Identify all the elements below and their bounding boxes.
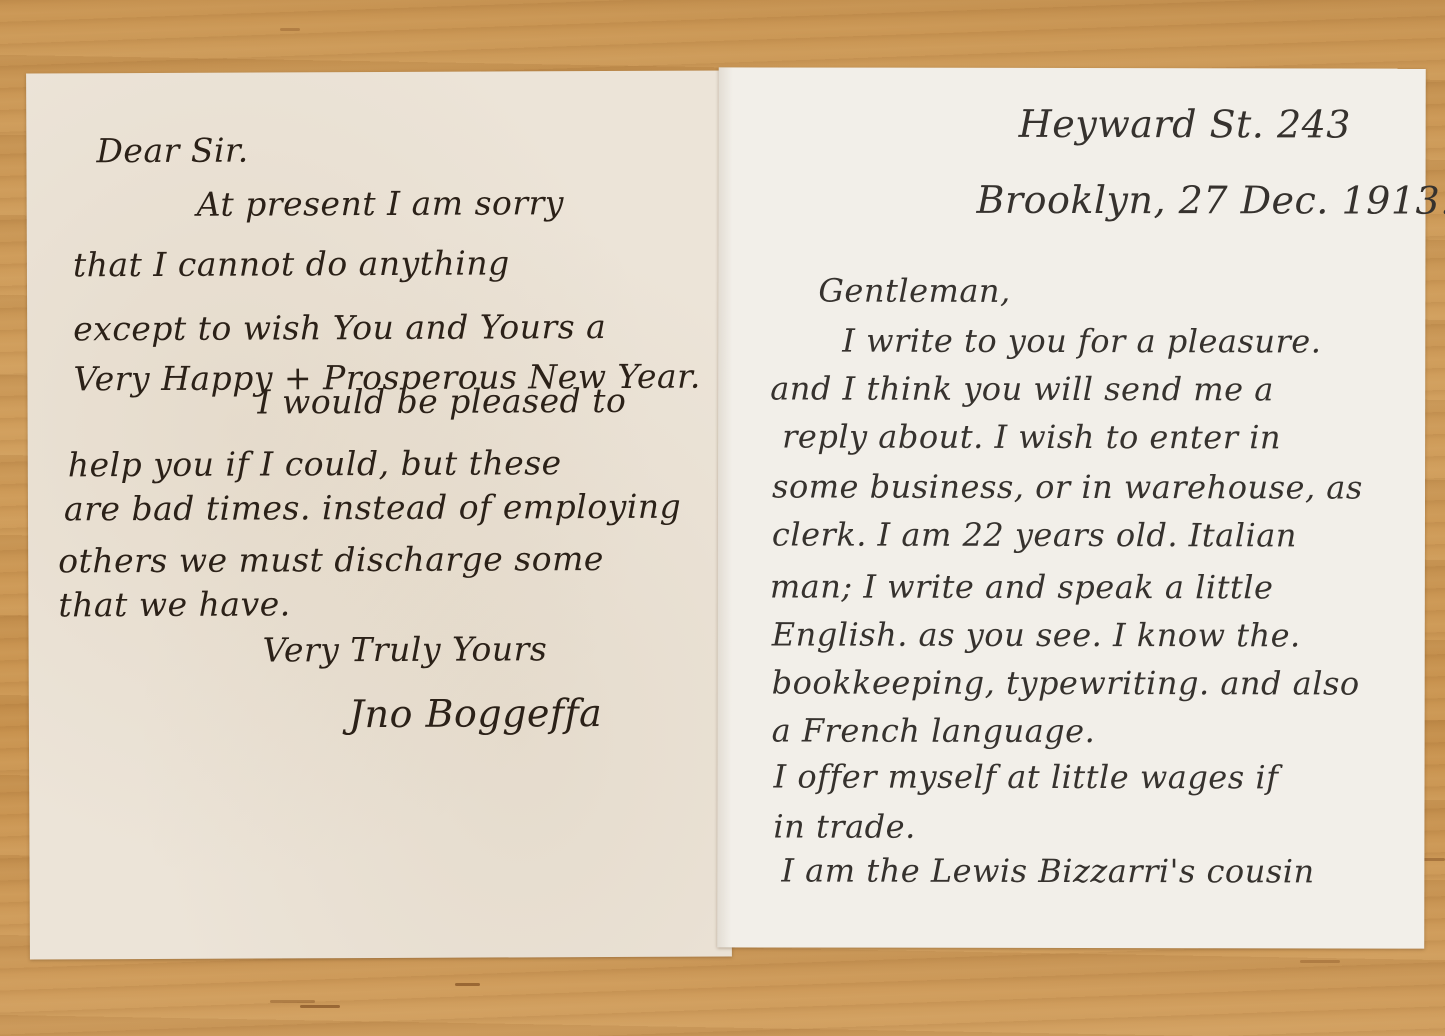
left-line-1: At present I am sorry (197, 183, 565, 224)
right-line-6: man; I write and speak a little (770, 567, 1274, 606)
left-closing: Very Truly Yours (263, 629, 548, 669)
left-line-5: I would be pleased to (257, 381, 626, 422)
right-line-3: reply about. I wish to enter in (782, 417, 1281, 456)
wood-grain (270, 1000, 315, 1003)
right-line-10: I offer myself at little wages if (773, 757, 1278, 796)
letter-right-page: Heyward St. 243 Brooklyn, 27 Dec. 1913. … (717, 67, 1426, 948)
wood-grain (300, 1005, 340, 1008)
right-line-2: and I think you will send me a (770, 369, 1274, 408)
wood-grain (455, 983, 480, 986)
letter-left-page: Dear Sir. At present I am sorry that I c… (26, 70, 732, 959)
right-place-date: Brooklyn, 27 Dec. 1913. (976, 178, 1445, 223)
wood-grain (280, 28, 300, 31)
left-line-9: that we have. (58, 584, 290, 624)
left-line-7: are bad times. instead of employing (64, 487, 681, 529)
wood-grain (1300, 960, 1340, 963)
right-line-8: bookkeeping, typewriting. and also (772, 663, 1360, 702)
right-line-9: a French language. (772, 711, 1096, 750)
right-line-1: I write to you for a pleasure. (842, 322, 1321, 361)
right-address: Heyward St. 243 (1019, 102, 1351, 147)
right-line-4: some business, or in warehouse, as (772, 467, 1363, 506)
right-line-5: clerk. I am 22 years old. Italian (772, 515, 1297, 554)
right-salutation: Gentleman, (818, 272, 1010, 310)
left-line-3: except to wish You and Yours a (73, 307, 606, 348)
right-line-11: in trade. (773, 807, 915, 845)
left-signature: Jno Boggeffa (349, 691, 603, 736)
left-salutation: Dear Sir. (96, 131, 248, 171)
left-line-2: that I cannot do anything (73, 243, 510, 284)
right-line-12: I am the Lewis Bizzarri's cousin (781, 851, 1314, 890)
right-line-7: English. as you see. I know the. (772, 615, 1301, 654)
left-line-8: others we must discharge some (58, 539, 604, 580)
left-line-6: help you if I could, but these (68, 443, 562, 484)
